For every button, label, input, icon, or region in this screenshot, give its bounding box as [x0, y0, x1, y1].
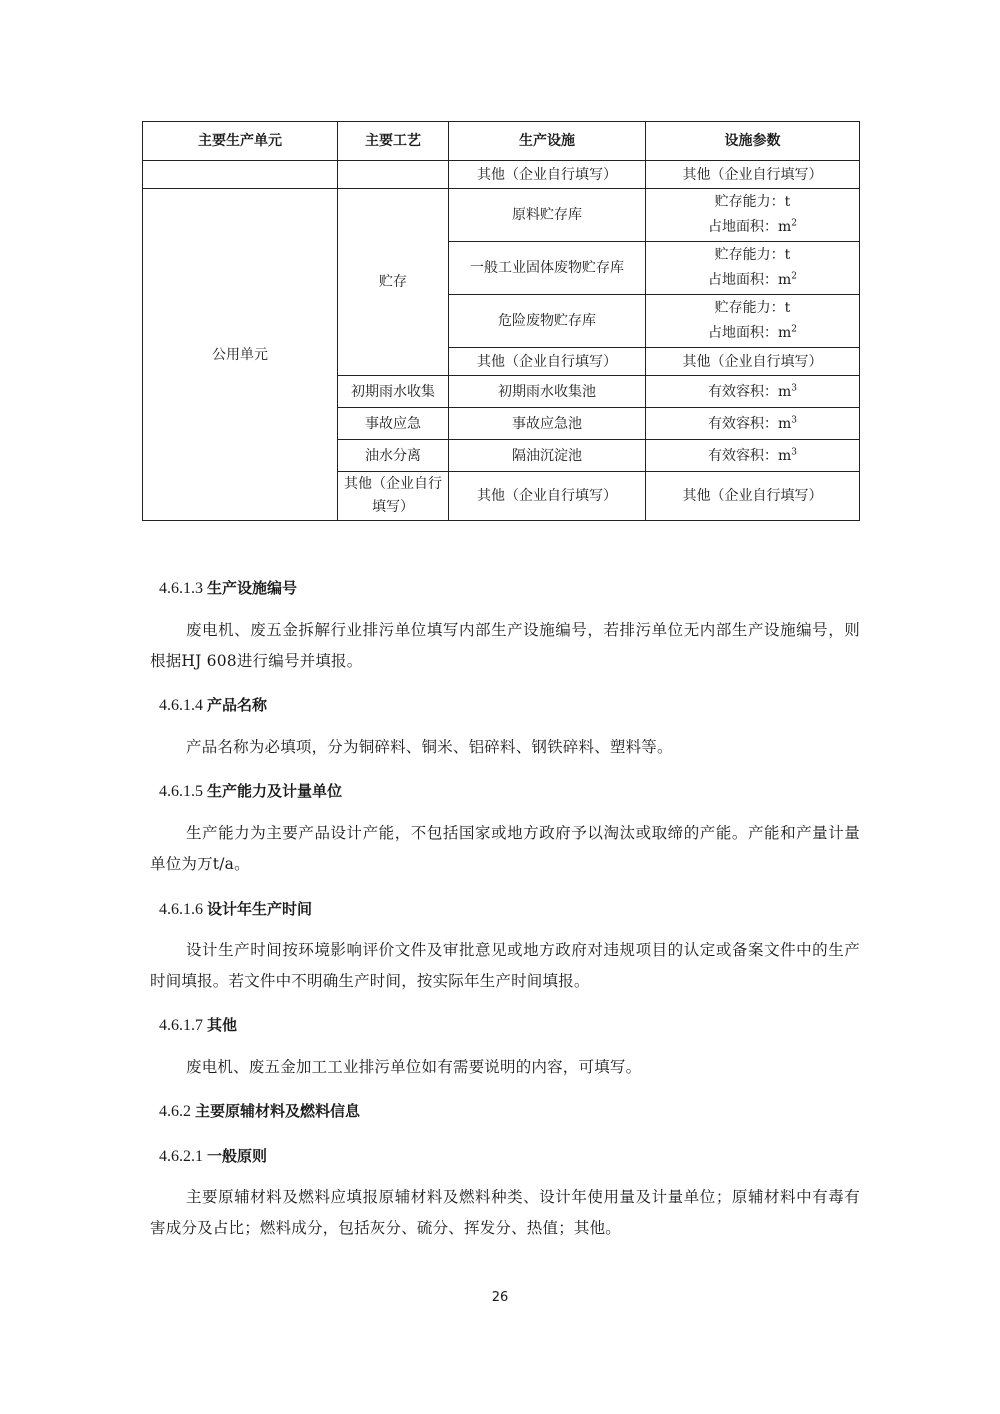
header-facility: 生产设施 — [449, 122, 646, 161]
facility-cell: 危险废物贮存库 — [449, 295, 646, 348]
section-paragraph: 设计生产时间按环境影响评价文件及审批意见或地方政府对违规项目的认定或备案文件中的… — [150, 935, 860, 997]
process-cell: 事故应急 — [338, 408, 449, 440]
param-line: 贮存能力：t — [650, 243, 855, 268]
facility-cell: 一般工业固体废物贮存库 — [449, 242, 646, 295]
param-cell: 有效容积：m3 — [646, 440, 860, 472]
section-heading: 4.6.2主要原辅材料及燃料信息 — [159, 1100, 360, 1121]
section-paragraph: 废电机、废五金加工工业排污单位如有需要说明的内容，可填写。 — [150, 1052, 860, 1083]
section-heading: 4.6.1.7其他 — [159, 1014, 237, 1035]
empty-cell — [143, 161, 338, 189]
section-heading: 4.6.2.1一般原则 — [159, 1145, 267, 1166]
section-heading: 4.6.1.6设计年生产时间 — [159, 898, 312, 919]
param-line: 占地面积：m2 — [650, 268, 855, 293]
param-line: 贮存能力：t — [650, 296, 855, 321]
param-line: 占地面积：m2 — [650, 215, 855, 240]
header-process: 主要工艺 — [338, 122, 449, 161]
param-line: 占地面积：m2 — [650, 321, 855, 346]
facility-cell: 隔油沉淀池 — [449, 440, 646, 472]
table-header-row: 主要生产单元 主要工艺 生产设施 设施参数 — [143, 122, 860, 161]
section-paragraph: 主要原辅材料及燃料应填报原辅材料及燃料种类、设计年使用量及计量单位；原辅材料中有… — [150, 1182, 860, 1244]
header-params: 设施参数 — [646, 122, 860, 161]
process-cell: 贮存 — [338, 189, 449, 376]
section-heading: 4.6.1.4产品名称 — [159, 694, 267, 715]
facility-cell: 事故应急池 — [449, 408, 646, 440]
section-heading: 4.6.1.3生产设施编号 — [159, 577, 297, 598]
param-cell: 贮存能力：t 占地面积：m2 — [646, 242, 860, 295]
param-cell: 贮存能力：t 占地面积：m2 — [646, 189, 860, 242]
facility-table: 主要生产单元 主要工艺 生产设施 设施参数 其他（企业自行填写） 其他（企业自行… — [142, 121, 860, 521]
section-heading: 4.6.1.5生产能力及计量单位 — [159, 780, 342, 801]
param-line: 贮存能力：t — [650, 190, 855, 215]
param-cell: 有效容积：m3 — [646, 408, 860, 440]
param-cell: 其他（企业自行填写） — [646, 472, 860, 521]
process-cell: 其他（企业自行填写） — [338, 472, 449, 521]
param-cell: 其他（企业自行填写） — [646, 161, 860, 189]
facility-cell: 原料贮存库 — [449, 189, 646, 242]
section-paragraph: 废电机、废五金拆解行业排污单位填写内部生产设施编号，若排污单位无内部生产设施编号… — [150, 615, 860, 677]
process-cell: 初期雨水收集 — [338, 376, 449, 408]
param-cell: 有效容积：m3 — [646, 376, 860, 408]
param-cell: 贮存能力：t 占地面积：m2 — [646, 295, 860, 348]
section-paragraph: 生产能力为主要产品设计产能，不包括国家或地方政府予以淘汰或取缔的产能。产能和产量… — [150, 818, 860, 880]
unit-cell: 公用单元 — [143, 189, 338, 521]
table-row: 公用单元 贮存 原料贮存库 贮存能力：t 占地面积：m2 — [143, 189, 860, 242]
table-row: 其他（企业自行填写） 其他（企业自行填写） — [143, 161, 860, 189]
header-unit: 主要生产单元 — [143, 122, 338, 161]
param-cell: 其他（企业自行填写） — [646, 348, 860, 376]
facility-cell: 其他（企业自行填写） — [449, 348, 646, 376]
facility-cell: 其他（企业自行填写） — [449, 161, 646, 189]
section-paragraph: 产品名称为必填项，分为铜碎料、铜米、铝碎料、钢铁碎料、塑料等。 — [150, 732, 860, 763]
facility-cell: 初期雨水收集池 — [449, 376, 646, 408]
page-number: 26 — [0, 1290, 1000, 1305]
empty-cell — [338, 161, 449, 189]
process-cell: 油水分离 — [338, 440, 449, 472]
facility-cell: 其他（企业自行填写） — [449, 472, 646, 521]
